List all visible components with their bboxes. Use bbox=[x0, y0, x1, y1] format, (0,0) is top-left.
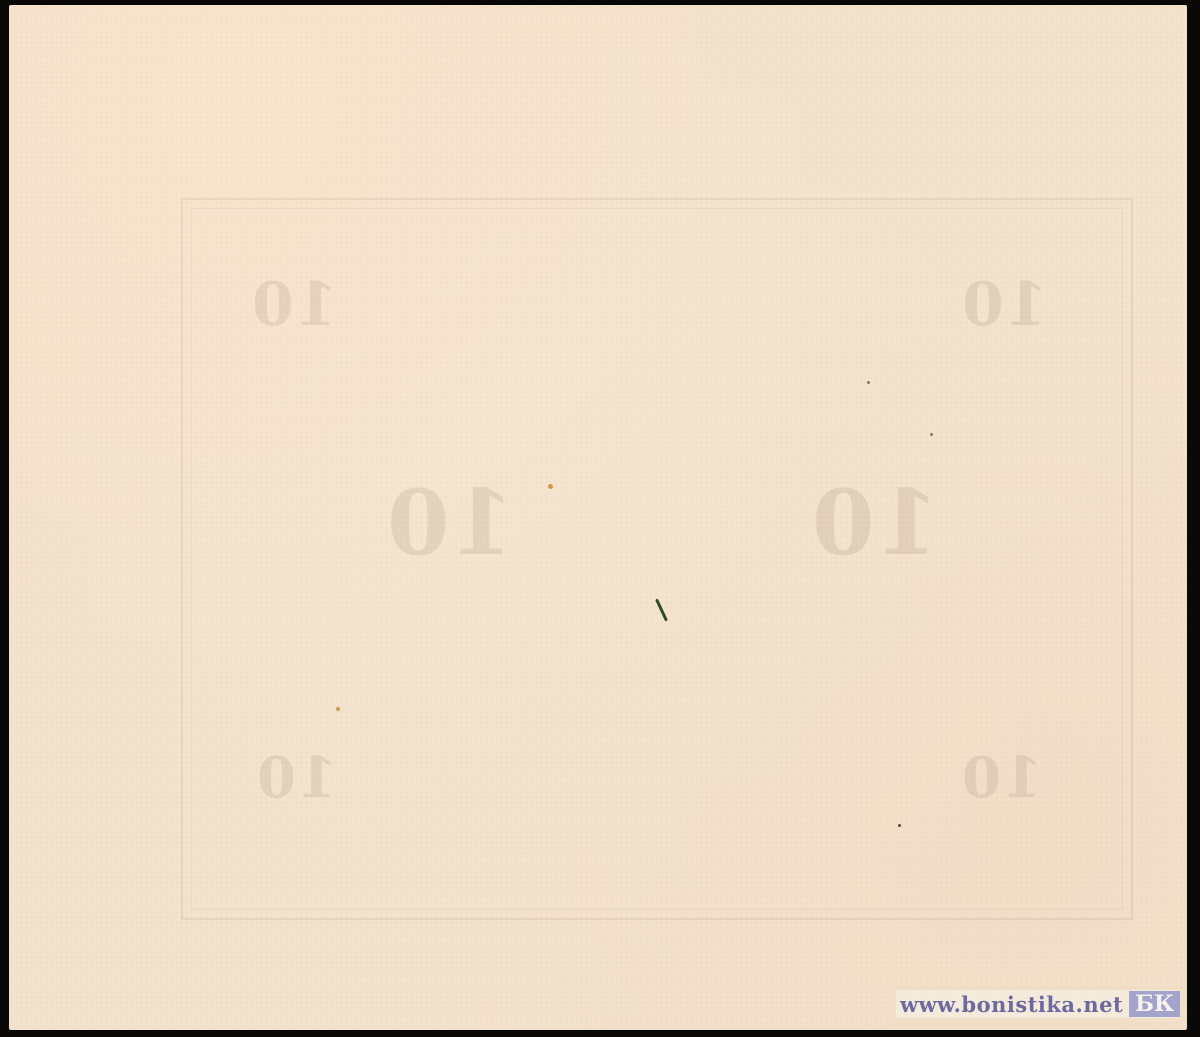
paper-speck bbox=[336, 707, 340, 711]
paper-speck bbox=[867, 381, 870, 384]
ghost-denomination-bottom-right: 10 bbox=[960, 745, 1042, 811]
site-watermark: www.bonistika.net БК bbox=[896, 990, 1180, 1018]
ghost-denomination-bottom-left: 10 bbox=[255, 745, 337, 811]
ghost-denomination-top-left: 10 bbox=[250, 270, 338, 340]
ghost-denomination-center-right: 10 bbox=[810, 470, 939, 576]
paper-speck bbox=[930, 433, 933, 436]
ghost-denomination-top-right: 10 bbox=[960, 270, 1048, 340]
paper-speck bbox=[898, 824, 901, 827]
watermark-logo: БК bbox=[1129, 991, 1180, 1017]
banknote-paper bbox=[9, 5, 1187, 1030]
paper-speck bbox=[548, 484, 553, 489]
ghost-denomination-center-left: 10 bbox=[385, 470, 514, 576]
watermark-url: www.bonistika.net bbox=[896, 992, 1129, 1017]
